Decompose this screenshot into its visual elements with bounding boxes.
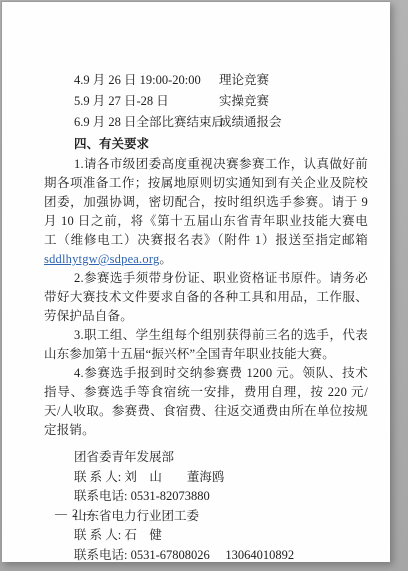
viewer-background: 4.9 月 26 日 19:00-20:00理论竞赛 5.9 月 27 日-28… [0, 0, 408, 571]
email-link[interactable]: sddlhytgw@sdpea.org [44, 252, 159, 266]
paragraph-requirement-3: 3.职工组、学生组每个组别获得前三名的选手，代表山东参加第十五届“振兴杯”全国青… [44, 326, 368, 364]
contact-line-person: 联 系 人: 石 健 [74, 526, 368, 546]
paragraph-requirement-2: 2.参赛选手须带身份证、职业资格证书原件。请务必带好大赛技术文件要求自备的各种工… [44, 269, 368, 326]
schedule-value: 成绩通报会 [219, 112, 282, 133]
schedule-value: 理论竞赛 [219, 70, 269, 91]
paragraph-requirement-1: 1.请各市级团委高度重视决赛参赛工作，认真做好前期各项准备工作；按属地原则切实通… [44, 155, 368, 269]
page-number: — 2 — [55, 506, 96, 521]
paragraph-1-text: 1.请各市级团委高度重视决赛参赛工作，认真做好前期各项准备工作；按属地原则切实通… [44, 157, 368, 247]
contact-line-department: 山东省电力行业团工委 [74, 507, 368, 527]
schedule-label: 5.9 月 27 日-28 日 [74, 94, 169, 108]
contact-line-phone: 联系电话: 0531-67808026 13064010892 [74, 546, 368, 563]
schedule-value: 实操竞赛 [219, 91, 269, 112]
schedule-label: 4.9 月 26 日 19:00-20:00 [74, 73, 201, 87]
schedule-row: 5.9 月 27 日-28 日实操竞赛 [44, 91, 368, 112]
document-content: 4.9 月 26 日 19:00-20:00理论竞赛 5.9 月 27 日-28… [44, 70, 368, 562]
schedule-row: 4.9 月 26 日 19:00-20:00理论竞赛 [44, 70, 368, 91]
contact-line-phone: 联系电话: 0531-82073880 [74, 487, 368, 507]
document-page: 4.9 月 26 日 19:00-20:00理论竞赛 5.9 月 27 日-28… [1, 1, 390, 562]
schedule-label: 6.9 月 28 日全部比赛结束后 [74, 115, 224, 129]
contact-line-person: 联 系 人: 刘 山 董海鸥 [74, 468, 368, 488]
contact-line-department: 团省委青年发展部 [74, 448, 368, 468]
paragraph-1-period: 。 [159, 252, 172, 266]
paragraph-requirement-4: 4.参赛选手报到时交纳参赛费 1200 元。领队、技术指导、参赛选手等食宿统一安… [44, 364, 368, 440]
schedule-list: 4.9 月 26 日 19:00-20:00理论竞赛 5.9 月 27 日-28… [44, 70, 368, 133]
contact-block: 团省委青年发展部 联 系 人: 刘 山 董海鸥 联系电话: 0531-82073… [44, 448, 368, 562]
schedule-row: 6.9 月 28 日全部比赛结束后成绩通报会 [44, 112, 368, 133]
section-heading: 四、有关要求 [44, 133, 368, 155]
